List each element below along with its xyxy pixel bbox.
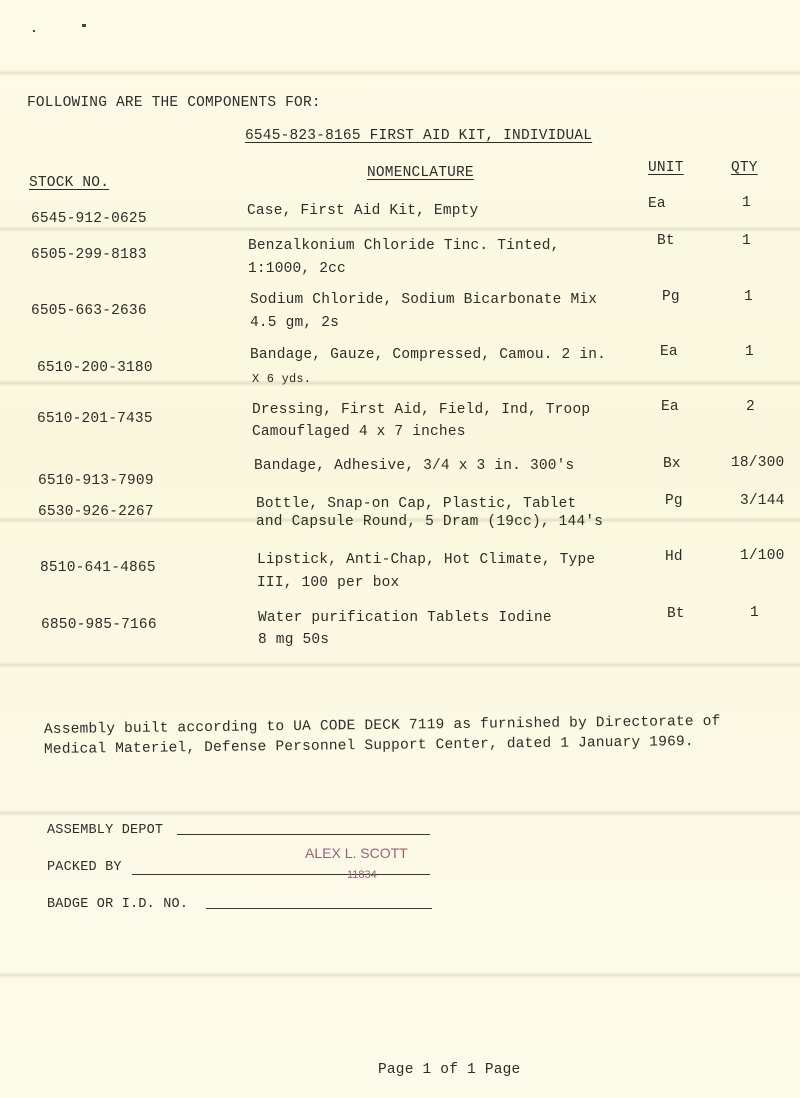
stock-no: 6545-912-0625 <box>31 211 147 227</box>
qty: 1 <box>745 344 754 360</box>
unit: Ea <box>660 344 678 360</box>
column-header-qty: QTY <box>731 160 758 176</box>
nomenclature-line2: 1:1000, 2cc <box>248 261 346 277</box>
qty: 1 <box>750 605 759 621</box>
nomenclature: Lipstick, Anti-Chap, Hot Climate, Type <box>257 552 595 568</box>
qty: 2 <box>746 399 755 415</box>
stock-no: 6850-985-7166 <box>41 617 157 633</box>
page-number: Page 1 of 1 Page <box>378 1062 520 1078</box>
qty: 1 <box>744 289 753 305</box>
nomenclature-line2: III, 100 per box <box>257 575 399 591</box>
qty: 1 <box>742 233 751 249</box>
column-header-stock-no: STOCK NO. <box>29 175 109 191</box>
unit: Ea <box>661 399 679 415</box>
stock-no: 8510-641-4865 <box>40 560 156 576</box>
nomenclature: Water purification Tablets Iodine <box>258 610 552 626</box>
nomenclature-line2: and Capsule Round, 5 Dram (19cc), 144's <box>256 514 603 530</box>
kit-title: 6545-823-8165 FIRST AID KIT, INDIVIDUAL <box>245 128 592 144</box>
stock-no: 6505-663-2636 <box>31 303 147 319</box>
nomenclature: Bottle, Snap-on Cap, Plastic, Tablet <box>256 496 576 512</box>
badge-id-field[interactable] <box>206 908 432 909</box>
paper-fold <box>0 380 800 386</box>
intro-heading: FOLLOWING ARE THE COMPONENTS FOR: <box>27 95 321 111</box>
assembly-depot-field[interactable] <box>177 834 430 835</box>
ink-speck <box>82 24 86 27</box>
unit: Bx <box>663 456 681 472</box>
nomenclature-line2: 8 mg 50s <box>258 632 329 648</box>
assembly-depot-label: ASSEMBLY DEPOT <box>47 823 163 838</box>
badge-id-label: BADGE OR I.D. NO. <box>47 897 188 912</box>
packed-by-label: PACKED BY <box>47 860 122 875</box>
nomenclature-line2: 4.5 gm, 2s <box>250 315 339 331</box>
nomenclature: Bandage, Adhesive, 3/4 x 3 in. 300's <box>254 458 574 474</box>
ink-speck <box>33 30 35 32</box>
qty: 18/300 <box>731 455 784 471</box>
stock-no: 6530-926-2267 <box>38 504 154 520</box>
unit: Ea <box>648 196 666 212</box>
paper-fold <box>0 810 800 816</box>
stock-no: 6505-299-8183 <box>31 247 147 263</box>
paper-fold <box>0 662 800 668</box>
unit: Bt <box>667 606 685 622</box>
stock-no: 6510-200-3180 <box>37 360 153 376</box>
nomenclature: Benzalkonium Chloride Tinc. Tinted, <box>248 238 560 254</box>
packed-by-field[interactable] <box>132 874 430 875</box>
stock-no: 6510-201-7435 <box>37 411 153 427</box>
assembly-note-line2: Medical Materiel, Defense Personnel Supp… <box>44 734 694 758</box>
qty: 1 <box>742 195 751 211</box>
unit: Bt <box>657 233 675 249</box>
qty: 3/144 <box>740 493 785 509</box>
nomenclature: Sodium Chloride, Sodium Bicarbonate Mix <box>250 292 597 308</box>
nomenclature-line2: Camouflaged 4 x 7 inches <box>252 424 466 440</box>
unit: Pg <box>665 493 683 509</box>
stock-no: 6510-913-7909 <box>38 473 154 489</box>
unit: Pg <box>662 289 680 305</box>
packed-by-stamp-name: ALEX L. SCOTT <box>305 845 408 861</box>
unit: Hd <box>665 549 683 565</box>
nomenclature: Bandage, Gauze, Compressed, Camou. 2 in. <box>250 347 606 363</box>
packed-by-stamp-id: 11834 <box>347 869 377 881</box>
nomenclature: Dressing, First Aid, Field, Ind, Troop <box>252 402 590 418</box>
nomenclature: Case, First Aid Kit, Empty <box>247 203 478 219</box>
nomenclature-line2: X 6 yds. <box>252 372 311 386</box>
qty: 1/100 <box>740 548 785 564</box>
column-header-unit: UNIT <box>648 160 684 176</box>
paper-fold <box>0 70 800 76</box>
paper-fold <box>0 972 800 978</box>
column-header-nomenclature: NOMENCLATURE <box>367 165 474 181</box>
